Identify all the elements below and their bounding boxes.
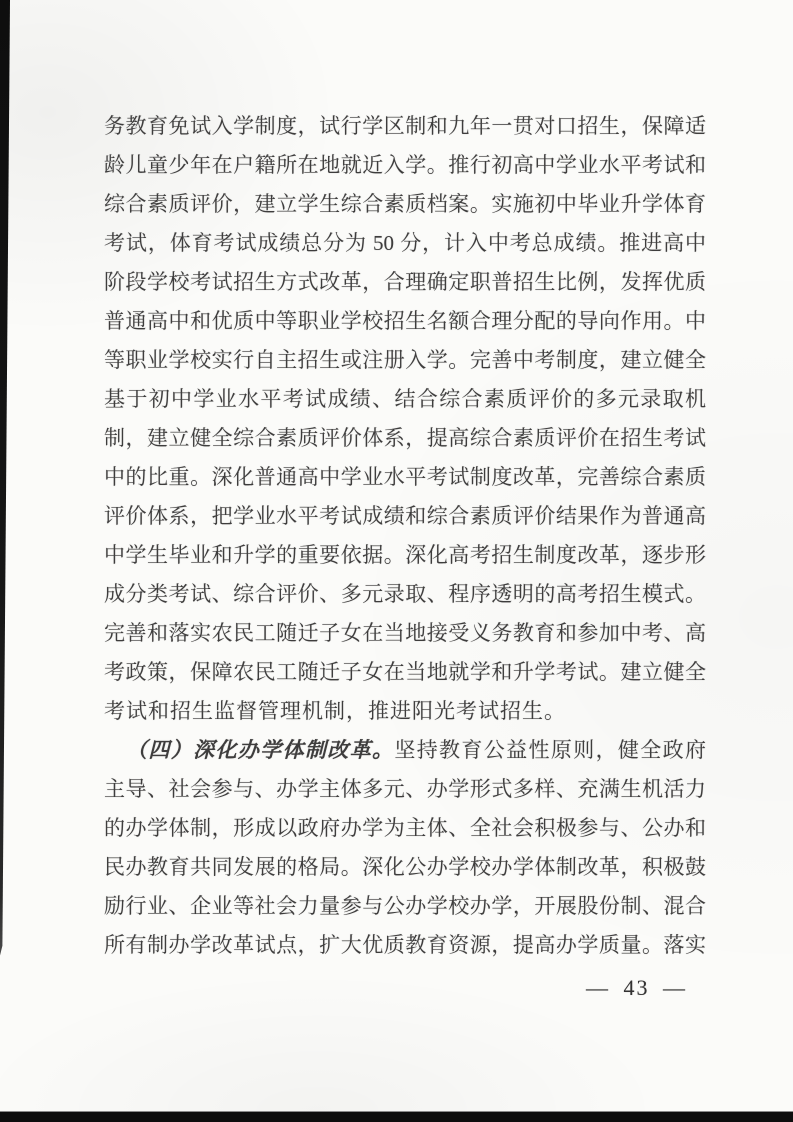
text-line: 完善和落实农民工随迁子女在当地接受义务教育和参加中考、高	[104, 614, 706, 653]
text-line: 主导、社会参与、办学主体多元、办学形式多样、充满生机活力	[104, 770, 706, 809]
text-line: 考试，体育考试成绩总分为 50 分，计入中考总成绩。推进高中	[104, 224, 706, 263]
section-heading: （四）深化办学体制改革。	[126, 738, 394, 762]
scanned-document-page: 务教育免试入学制度，试行学区制和九年一贯对口招生，保障适 龄儿童少年在户籍所在地…	[0, 0, 793, 1122]
page-number: — 43 —	[586, 974, 687, 1002]
text-line: 务教育免试入学制度，试行学区制和九年一贯对口招生，保障适	[104, 107, 706, 146]
scan-left-edge-artifact	[0, 0, 10, 975]
text-line: 评价体系，把学业水平考试成绩和综合素质评价结果作为普通高	[104, 497, 706, 536]
text-line-paragraph-end: 考试和招生监督管理机制，推进阳光考试招生。	[104, 692, 706, 731]
text-line: 普通高中和优质中等职业学校招生名额合理分配的导向作用。中	[104, 302, 706, 341]
text-line: 阶段学校考试招生方式改革，合理确定职普招生比例，发挥优质	[104, 263, 706, 302]
text-line: 等职业学校实行自主招生或注册入学。完善中考制度，建立健全	[104, 341, 706, 380]
section-first-line-text: 坚持教育公益性原则，健全政府	[394, 738, 706, 762]
text-line: 龄儿童少年在户籍所在地就近入学。推行初高中学业水平考试和	[104, 146, 706, 185]
text-line-section-start: （四）深化办学体制改革。坚持教育公益性原则，健全政府	[104, 731, 706, 770]
text-line: 的办学体制，形成以政府办学为主体、全社会积极参与、公办和	[104, 809, 706, 848]
text-line: 考政策，保障农民工随迁子女在当地就学和升学考试。建立健全	[104, 653, 706, 692]
text-line: 中学生毕业和升学的重要依据。深化高考招生制度改革，逐步形	[104, 536, 706, 575]
text-line: 制，建立健全综合素质评价体系，提高综合素质评价在招生考试	[104, 419, 706, 458]
text-line: 民办教育共同发展的格局。深化公办学校办学体制改革，积极鼓	[104, 848, 706, 887]
text-line: 基于初中学业水平考试成绩、结合综合素质评价的多元录取机	[104, 380, 706, 419]
text-line: 所有制办学改革试点，扩大优质教育资源，提高办学质量。落实	[104, 926, 706, 965]
text-line: 中的比重。深化普通高中学业水平考试制度改革，完善综合素质	[104, 458, 706, 497]
scan-bottom-edge-artifact	[0, 1111, 793, 1122]
text-line: 成分类考试、综合评价、多元录取、程序透明的高考招生模式。	[104, 575, 706, 614]
text-line: 励行业、企业等社会力量参与公办学校办学，开展股份制、混合	[104, 887, 706, 926]
text-line: 综合素质评价，建立学生综合素质档案。实施初中毕业升学体育	[104, 185, 706, 224]
document-body-text: 务教育免试入学制度，试行学区制和九年一贯对口招生，保障适 龄儿童少年在户籍所在地…	[104, 107, 706, 965]
